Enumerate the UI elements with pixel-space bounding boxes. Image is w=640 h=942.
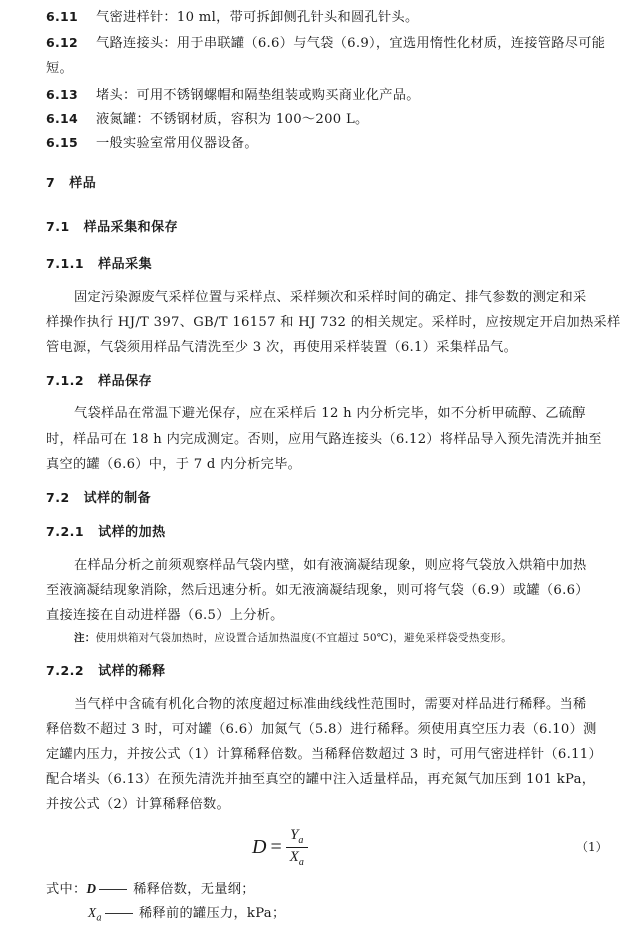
denominator: Xa [290, 849, 304, 868]
definition-xa: Xa稀释前的罐压力，kPa； [88, 904, 285, 928]
section-7-2-1-heading: 7.2.1试样的加热 [46, 523, 166, 542]
section-number: 7.2.1 [46, 523, 84, 541]
paragraph-line: 管电源，气袋须用样品气清洗至少 3 次，再使用采样装置（6.1）采集样品气。 [46, 339, 517, 357]
item-text: 一般实验室常用仪器设备。 [96, 136, 258, 151]
paragraph-line: 并按公式（2）计算稀释倍数。 [46, 796, 230, 814]
section-number: 7.2 [46, 489, 70, 507]
section-title: 样品采集 [98, 257, 152, 272]
item-text: 气密进样针：10 ml，带可拆卸侧孔针头和圆孔针头。 [96, 10, 418, 25]
formula-lhs: D [252, 836, 266, 859]
formula-1: D = Ya Xa [252, 827, 308, 868]
item-text: 堵头：可用不锈钢螺帽和隔垫组装或购买商业化产品。 [96, 88, 420, 103]
fraction-bar [286, 847, 308, 848]
paragraph-line: 配合堵头（6.13）在预先清洗并抽至真空的罐中注入适量样品，再充氮气加压到 10… [46, 771, 595, 789]
document-page: 6.11气密进样针：10 ml，带可拆卸侧孔针头和圆孔针头。 6.12气路连接头… [0, 0, 640, 942]
section-7-1-1-heading: 7.1.1样品采集 [46, 255, 152, 274]
item-number: 6.11 [46, 8, 96, 26]
paragraph-line: 直接连接在自动进样器（6.5）上分析。 [46, 607, 284, 625]
item-6-12: 6.12气路连接头：用于串联罐（6.6）与气袋（6.9），宜选用惰性化材质，连接… [46, 34, 605, 53]
item-6-11: 6.11气密进样针：10 ml，带可拆卸侧孔针头和圆孔针头。 [46, 8, 418, 27]
paragraph-line: 样操作执行 HJ/T 397、GB/T 16157 和 HJ 732 的相关规定… [46, 314, 620, 332]
dash [99, 889, 127, 890]
item-text: 气路连接头：用于串联罐（6.6）与气袋（6.9），宜选用惰性化材质，连接管路尽可… [96, 36, 605, 51]
paragraph-line: 真空的罐（6.6）中，于 7 d 内分析完毕。 [46, 456, 301, 474]
section-title: 样品采集和保存 [84, 220, 179, 235]
item-text: 液氮罐：不锈钢材质，容积为 100～200 L。 [96, 112, 369, 127]
section-7-heading: 7样品 [46, 174, 96, 193]
paragraph-line: 气袋样品在常温下避光保存，应在采样后 12 h 内分析完毕，如不分析甲硫醇、乙硫… [74, 405, 586, 423]
section-7-1-heading: 7.1样品采集和保存 [46, 218, 178, 237]
section-7-2-heading: 7.2试样的制备 [46, 489, 151, 508]
note: 注：使用烘箱对气袋加热时，应设置合适加热温度(不宜超过 50℃)，避免采样袋受热… [74, 629, 512, 647]
section-7-2-2-heading: 7.2.2试样的稀释 [46, 662, 166, 681]
section-7-1-2-heading: 7.1.2样品保存 [46, 372, 152, 391]
paragraph-line: 时，样品可在 18 h 内完成测定。否则，应用气路连接头（6.12）将样品导入预… [46, 431, 602, 449]
item-number: 6.12 [46, 34, 96, 52]
paragraph-line: 定罐内压力，并按公式（1）计算稀释倍数。当稀释倍数超过 3 时，可用气密进样针（… [46, 746, 602, 764]
numerator: Ya [290, 827, 303, 846]
section-number: 7.1 [46, 218, 70, 236]
section-title: 样品 [69, 176, 96, 191]
section-title: 试样的加热 [98, 525, 166, 540]
item-number: 6.14 [46, 110, 96, 128]
section-number: 7.1.1 [46, 255, 84, 273]
item-6-14: 6.14液氮罐：不锈钢材质，容积为 100～200 L。 [46, 110, 369, 129]
section-number: 7.1.2 [46, 372, 84, 390]
paragraph-line: 在样品分析之前须观察样品气袋内壁，如有液滴凝结现象，则应将气袋放入烘箱中加热 [74, 557, 587, 575]
definition-text: 稀释前的罐压力，kPa； [139, 906, 285, 921]
paragraph-line: 当气样中含硫有机化合物的浓度超过标准曲线线性范围时，需要对样品进行稀释。当稀 [74, 696, 587, 714]
section-title: 试样的制备 [84, 491, 152, 506]
symbol-sub: a [96, 914, 102, 924]
section-number: 7 [46, 174, 55, 192]
item-6-15: 6.15一般实验室常用仪器设备。 [46, 134, 258, 153]
formula-fraction: Ya Xa [286, 827, 308, 868]
section-title: 试样的稀释 [98, 664, 166, 679]
note-label: 注： [74, 632, 96, 644]
definitions-prefix: 式中： [46, 882, 86, 897]
section-title: 样品保存 [98, 374, 152, 389]
paragraph-line: 释倍数不超过 3 时，可对罐（6.6）加氮气（5.8）进行稀释。须使用真空压力表… [46, 721, 597, 739]
item-6-12-continuation: 短。 [46, 60, 73, 78]
item-number: 6.13 [46, 86, 96, 104]
formula-equals: = [270, 836, 281, 859]
definition-d: 式中：D稀释倍数，无量纲； [46, 880, 255, 899]
paragraph-line: 固定污染源废气采样位置与采样点、采样频次和采样时间的确定、排气参数的测定和采 [74, 289, 587, 307]
definition-text: 稀释倍数，无量纲； [133, 882, 254, 897]
section-number: 7.2.2 [46, 662, 84, 680]
dash [105, 913, 133, 914]
item-6-13: 6.13堵头：可用不锈钢螺帽和隔垫组装或购买商业化产品。 [46, 86, 420, 105]
paragraph-line: 至液滴凝结现象消除，然后迅速分析。如无液滴凝结现象，则可将气袋（6.9）或罐（6… [46, 582, 589, 600]
symbol: D [86, 881, 96, 896]
item-number: 6.15 [46, 134, 96, 152]
equation-number: （1） [576, 838, 608, 855]
note-text: 使用烘箱对气袋加热时，应设置合适加热温度(不宜超过 50℃)，避免采样袋受热变形… [96, 632, 512, 644]
